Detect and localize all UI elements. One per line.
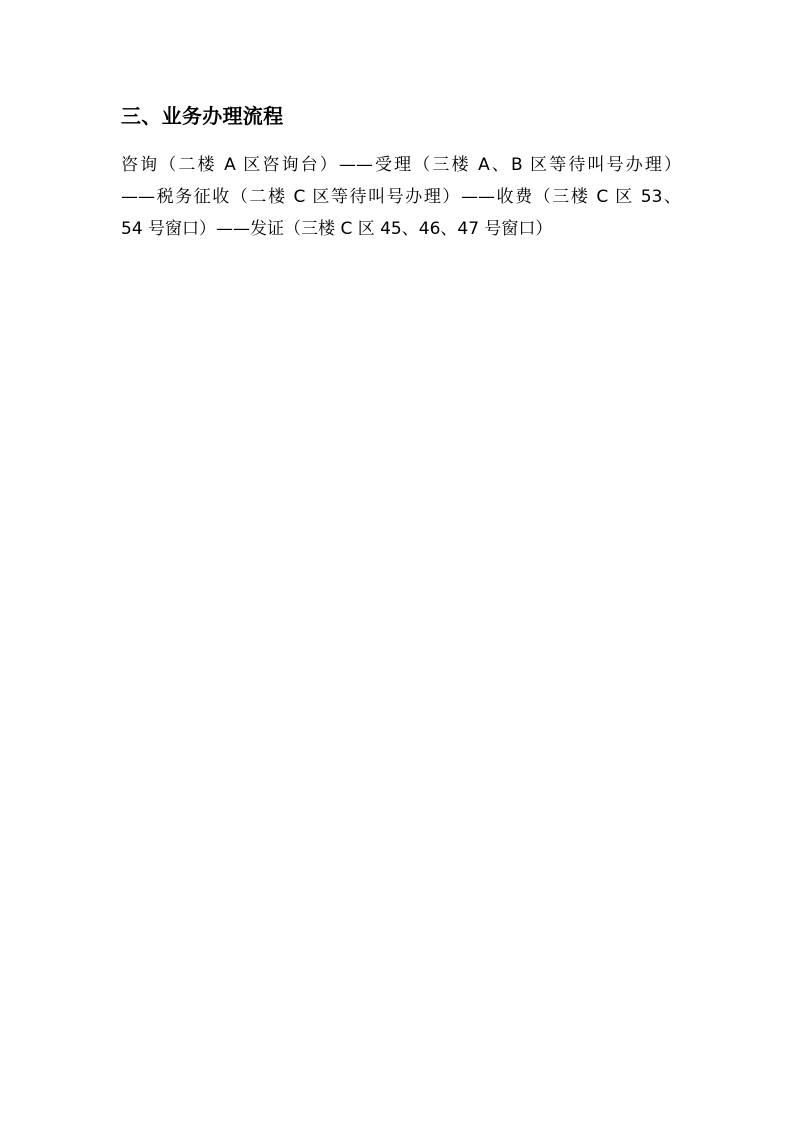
paragraph-line-2: ——税务征收（二楼 C 区等待叫号办理）——收费（三楼 C 区 53、 bbox=[121, 181, 681, 213]
paragraph-line-1: 咨询（二楼 A 区咨询台）——受理（三楼 A、B 区等待叫号办理） bbox=[121, 149, 681, 181]
section-heading: 三、业务办理流程 bbox=[121, 102, 283, 130]
document-page: 三、业务办理流程 咨询（二楼 A 区咨询台）——受理（三楼 A、B 区等待叫号办… bbox=[0, 0, 793, 1122]
paragraph-line-3: 54 号窗口）——发证（三楼 C 区 45、46、47 号窗口） bbox=[121, 213, 681, 245]
process-paragraph: 咨询（二楼 A 区咨询台）——受理（三楼 A、B 区等待叫号办理） ——税务征收… bbox=[121, 149, 681, 245]
